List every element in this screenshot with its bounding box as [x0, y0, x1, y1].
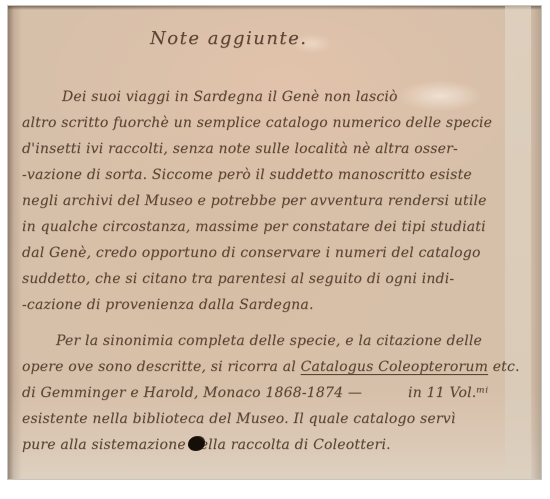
line-text: raccolta di Coleotteri. [226, 437, 391, 453]
manuscript-title: Note aggiunte. [150, 26, 507, 52]
manuscript-line: Dei suoi viaggi in Sardegna il Genè non … [22, 84, 507, 110]
manuscript-line: d'insetti ivi raccolti, senza note sulle… [22, 136, 507, 162]
paragraph-1: Dei suoi viaggi in Sardegna il Genè non … [22, 84, 507, 318]
paragraph-2: Per la sinonimia completa delle specie, … [22, 328, 507, 458]
volume-note: in 11 Vol.ᵐⁱ [408, 385, 488, 401]
manuscript-line: opere ove sono descritte, si ricorra al … [22, 354, 507, 380]
manuscript-line: pure alla sistemazione della raccolta di… [22, 432, 507, 458]
manuscript-line: altro scritto fuorchè un semplice catalo… [22, 110, 507, 136]
underlined-book-title: Catalogus Coleopterorum [301, 359, 488, 375]
manuscript-photo: Note aggiunte. Dei suoi viaggi in Sardeg… [8, 6, 541, 479]
manuscript-line: esistente nella biblioteca del Museo. Il… [22, 406, 507, 432]
line-text: etc. [488, 359, 520, 375]
line-text: opere ove sono descritte, si ricorra al [22, 359, 301, 375]
manuscript-line: -vazione di sorta. Siccome però il sudde… [22, 162, 507, 188]
line-text: pure alla sistemazione [22, 437, 191, 453]
manuscript-line: -cazione di provenienza dalla Sardegna. [22, 292, 507, 318]
manuscript-line: Per la sinonimia completa delle specie, … [22, 328, 507, 354]
manuscript-line: dal Genè, credo opportuno di conservare … [22, 240, 507, 266]
manuscript-line: suddetto, che si citano tra parentesi al… [22, 266, 507, 292]
manuscript-line: di Gemminger e Harold, Monaco 1868-1874 … [22, 380, 507, 406]
line-text: di Gemminger e Harold, Monaco 1868-1874 … [22, 385, 362, 401]
manuscript-page: Note aggiunte. Dei suoi viaggi in Sardeg… [8, 6, 541, 479]
manuscript-line: negli archivi del Museo e potrebbe per a… [22, 188, 507, 214]
manuscript-line: in qualche circostanza, massime per cons… [22, 214, 507, 240]
ink-blot: della [191, 432, 227, 458]
photo-frame: Note aggiunte. Dei suoi viaggi in Sardeg… [0, 0, 550, 499]
